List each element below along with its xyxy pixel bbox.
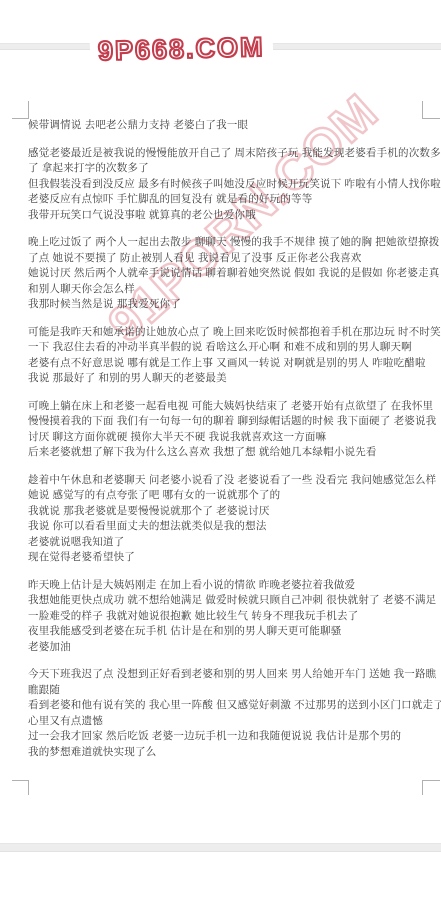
text-line: 后来老婆就想了解下我为什么这么喜欢 我想了想 就给她几本绿帽小说先看 (28, 445, 420, 461)
document-text: 候带调情说 去吧老公鼎力支持 老婆白了我一眼感觉老婆最近是被我说的慢慢能放开自己… (28, 118, 420, 760)
text-line: 了 拿起来打字的次数多了 (28, 161, 420, 177)
text-line: 我说 那最好了 和别的男人聊天的老婆最美 (28, 371, 420, 387)
text-line: 老婆就说嗯我知道了 (28, 535, 420, 551)
text-line: 可晚上躺在床上和老婆一起看电视 可能大姨妈快结束了 老婆开始有点欲望了 在我怀里 (28, 399, 420, 415)
text-line: 可能是我昨天和她承诺的让她放心点了 晚上回来吃饭时候都抱着手机在那边玩 时不时笑 (28, 325, 420, 341)
site-logo[interactable]: 9P668.COM (90, 31, 273, 70)
text-line: 但我假装没看到没反应 最多有时候孩子叫她没反应时候开玩笑说下 咋啦有小情人找你啦 (28, 177, 420, 193)
text-line: 她说讨厌 然后两个人就牵手说说情话 聊着聊着她突然说 假如 我说的是假如 你老婆… (28, 266, 420, 282)
paragraph: 趁着中午休息和老婆聊天 问老婆小说看了没 老婆说看了一些 没看完 我问她感觉怎么… (28, 473, 420, 566)
text-line: 现在觉得老婆希望快了 (28, 550, 420, 566)
page-gap-bottom (0, 843, 441, 852)
text-line: 我说 你可以看看里面丈夫的想法就类似是我的想法 (28, 519, 420, 535)
crop-mark-bottom-right (422, 780, 440, 795)
text-line: 感觉老婆最近是被我说的慢慢能放开自己了 周末陪孩子玩 我能发现老婆看手机的次数多 (28, 146, 420, 162)
text-line: 我的梦想难道就快实现了么 (28, 745, 420, 761)
text-line: 老婆加油 (28, 640, 420, 656)
text-line: 夜里我能感受到老婆在玩手机 估计是在和别的男人聊天更可能聊骚 (28, 624, 420, 640)
paragraph: 可晚上躺在床上和老婆一起看电视 可能大姨妈快结束了 老婆开始有点欲望了 在我怀里… (28, 399, 420, 461)
text-line: 晚上吃过饭了 两个人一起出去散步 聊聊天 慢慢的我手不规律 摸了她的胸 把她欲望… (28, 235, 420, 251)
text-line: 趁着中午休息和老婆聊天 问老婆小说看了没 老婆说看了一些 没看完 我问她感觉怎么… (28, 473, 420, 489)
text-line: 我就说 那我老婆就是要慢慢说就那个了 老婆说讨厌 (28, 504, 420, 520)
text-line: 今天下班我迟了点 没想到正好看到老婆和别的男人回来 男人给她开车门 送她 我一路… (28, 667, 420, 683)
text-line: 了点 她说不要摸了 防止被别人看见 我说看见了没事 反正你老公我喜欢 (28, 251, 420, 267)
paragraph: 今天下班我迟了点 没想到正好看到老婆和别的男人回来 男人给她开车门 送她 我一路… (28, 667, 420, 760)
text-line: 和别人聊天你会怎么样 (28, 282, 420, 298)
text-line: 心里又有点遗憾 (28, 714, 420, 730)
crop-mark-top-left (12, 101, 29, 119)
text-line: 我那时候当然是说 那我爱死你了 (28, 297, 420, 313)
crop-mark-bottom-left (12, 780, 29, 795)
text-line: 看到老婆和他有说有笑的 我心里一阵酸 但又感觉好刺激 不过那男的送到小区门口就走… (28, 698, 420, 714)
text-line: 讨厌 聊这方面你就硬 摸你大半天不硬 我说我就喜欢这一方面嘛 (28, 430, 420, 446)
text-line: 瞧跟随 (28, 683, 420, 699)
paragraph: 感觉老婆最近是被我说的慢慢能放开自己了 周末陪孩子玩 我能发现老婆看手机的次数多… (28, 146, 420, 224)
text-line: 我想她能更快点成功 就不想给她满足 做爱时候就只顾自己冲刺 很快就射了 老婆不满… (28, 593, 420, 609)
text-line: 老婆反应有点惊吓 手忙脚乱的回复没有 就是看的好玩的等等 (28, 192, 420, 208)
text-line: 慢慢摸着我的下面 我们有一句每一句的聊着 聊到绿帽话题的时候 我下面硬了 老婆说… (28, 414, 420, 430)
paragraph: 晚上吃过饭了 两个人一起出去散步 聊聊天 慢慢的我手不规律 摸了她的胸 把她欲望… (28, 235, 420, 313)
text-line: 我带开玩笑口气说没事啦 就算真的老公也爱你哦 (28, 208, 420, 224)
paragraph: 候带调情说 去吧老公鼎力支持 老婆白了我一眼 (28, 118, 420, 134)
text-line: 候带调情说 去吧老公鼎力支持 老婆白了我一眼 (28, 118, 420, 134)
crop-mark-top-right (422, 101, 440, 119)
document-page: 9P668.COM 91PORN.COM 候带调情说 去吧老公鼎力支持 老婆白了… (0, 0, 441, 900)
text-line: 过一会我才回家 然后吃饭 老婆一边玩手机一边和我随便说说 我估计是那个男的 (28, 729, 420, 745)
text-line: 一脸难受的样子 我就对她说很抱歉 她比较生气 转身不理我玩手机去了 (28, 609, 420, 625)
paragraph: 可能是我昨天和她承诺的让她放心点了 晚上回来吃饭时候都抱着手机在那边玩 时不时笑… (28, 325, 420, 387)
text-line: 老婆有点不好意思说 哪有就是工作上事 又画风一转说 对啊就是别的男人 咋啦吃醋啦 (28, 356, 420, 372)
text-line: 一下 我忍住去看的冲动半真半假的说 看啥这么开心啊 和难不成和别的男人聊天啊 (28, 340, 420, 356)
text-line: 昨天晚上估计是大姨妈刚走 在加上看小说的情欲 昨晚老婆拉着我做爱 (28, 578, 420, 594)
paragraph: 昨天晚上估计是大姨妈刚走 在加上看小说的情欲 昨晚老婆拉着我做爱我想她能更快点成… (28, 578, 420, 656)
text-line: 她说 感觉写的有点夸张了吧 哪有女的一说就那个了的 (28, 488, 420, 504)
